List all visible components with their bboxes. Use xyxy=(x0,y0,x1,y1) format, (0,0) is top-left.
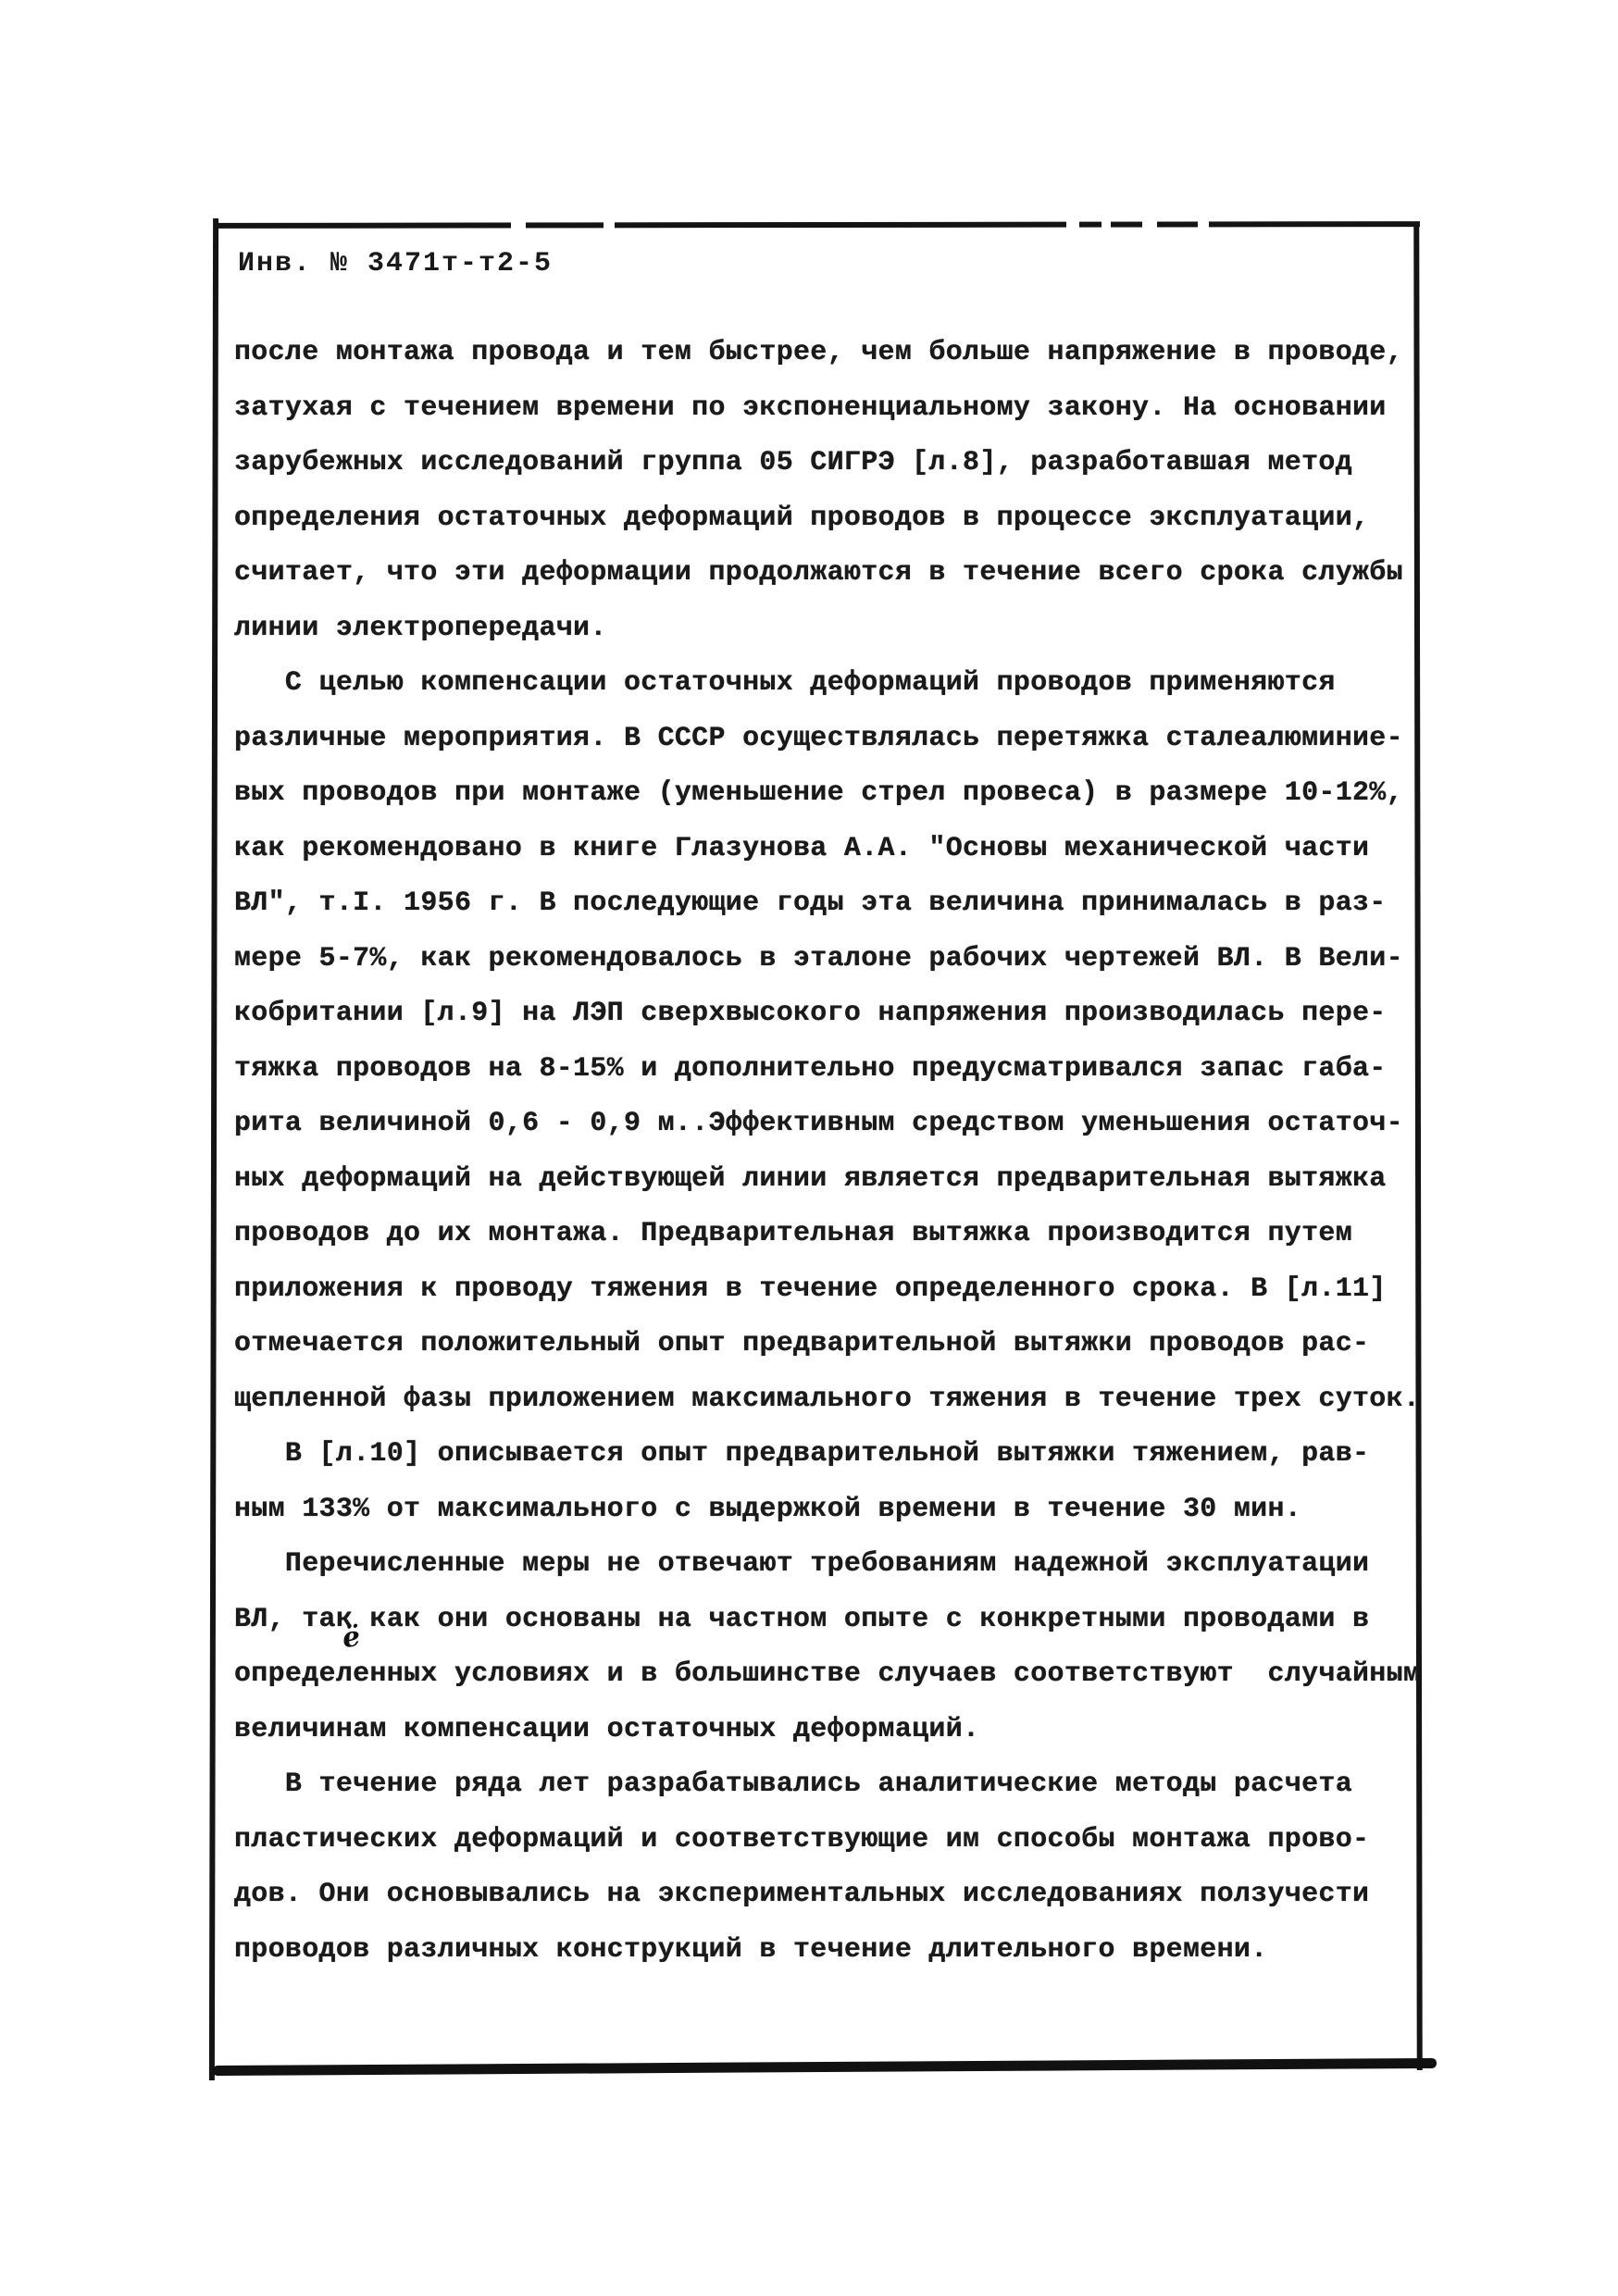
text-line: ных деформаций на действующей линии явля… xyxy=(234,1152,1420,1208)
text-line: как рекомендовано в книге Глазунова А.А.… xyxy=(234,822,1420,877)
text-line: мере 5-7%, как рекомендовалось в эталоне… xyxy=(234,932,1420,987)
text-line: ВЛ, так как они основаны на частном опыт… xyxy=(234,1593,1420,1648)
page-frame-bottom-border xyxy=(213,2058,1437,2076)
text-line: определенных условиях и в большинстве сл… xyxy=(234,1647,1420,1703)
text-line: после монтажа провода и тем быстрее, чем… xyxy=(234,326,1420,381)
text-line: вых проводов при монтаже (уменьшение стр… xyxy=(234,766,1420,822)
inventory-number: Инв. № 3471т-т2-5 xyxy=(238,248,553,279)
text-line: проводов до их монтажа. Предварительная … xyxy=(234,1207,1420,1262)
text-line: пластических деформаций и соответствующи… xyxy=(234,1813,1420,1868)
document-text: после монтажа провода и тем быстрее, чем… xyxy=(234,326,1420,1978)
text-line: приложения к проводу тяжения в течение о… xyxy=(234,1262,1420,1318)
text-line: С целью компенсации остаточных деформаци… xyxy=(234,656,1420,712)
text-line: проводов различных конструкций в течение… xyxy=(234,1923,1420,1979)
text-line: дов. Они основывались на экспериментальн… xyxy=(234,1868,1420,1923)
text-line: ВЛ", т.I. 1956 г. В последующие годы эта… xyxy=(234,876,1420,932)
text-line: щепленной фазы приложением максимального… xyxy=(234,1372,1420,1428)
page-frame-top-border xyxy=(215,221,1420,229)
text-line: определения остаточных деформаций провод… xyxy=(234,491,1420,547)
text-line: кобритании [л.9] на ЛЭП сверхвысокого на… xyxy=(234,987,1420,1042)
border-gap xyxy=(1101,220,1111,230)
text-line: Перечисленные меры не отвечают требовани… xyxy=(234,1537,1420,1593)
border-gap xyxy=(1142,219,1157,229)
border-gap xyxy=(1198,219,1209,229)
text-line: зарубежных исследований группа 05 СИГРЭ … xyxy=(234,436,1420,491)
border-gap xyxy=(511,220,526,230)
text-line: затухая с течением времени по экспоненци… xyxy=(234,381,1420,437)
scanned-page: Инв. № 3471т-т2-5 после монтажа провода … xyxy=(0,0,1618,2296)
text-line: различные мероприятия. В СССР осуществля… xyxy=(234,712,1420,767)
text-line: рита величиной 0,6 - 0,9 м..Эффективным … xyxy=(234,1097,1420,1152)
text-line: В течение ряда лет разрабатывались анали… xyxy=(234,1757,1420,1813)
text-line: отмечается положительный опыт предварите… xyxy=(234,1317,1420,1372)
text-line: величинам компенсации остаточных деформа… xyxy=(234,1703,1420,1758)
text-line: считает, что эти деформации продолжаются… xyxy=(234,546,1420,602)
border-gap xyxy=(604,220,615,230)
text-line: ным 133% от максимального с выдержкой вр… xyxy=(234,1483,1420,1538)
text-line: линии электропередачи. xyxy=(234,602,1420,657)
page-frame-left-border xyxy=(209,218,218,2080)
border-gap xyxy=(1066,220,1079,230)
text-line: тяжка проводов на 8-15% и дополнительно … xyxy=(234,1042,1420,1098)
text-line: В [л.10] описывается опыт предварительно… xyxy=(234,1427,1420,1483)
